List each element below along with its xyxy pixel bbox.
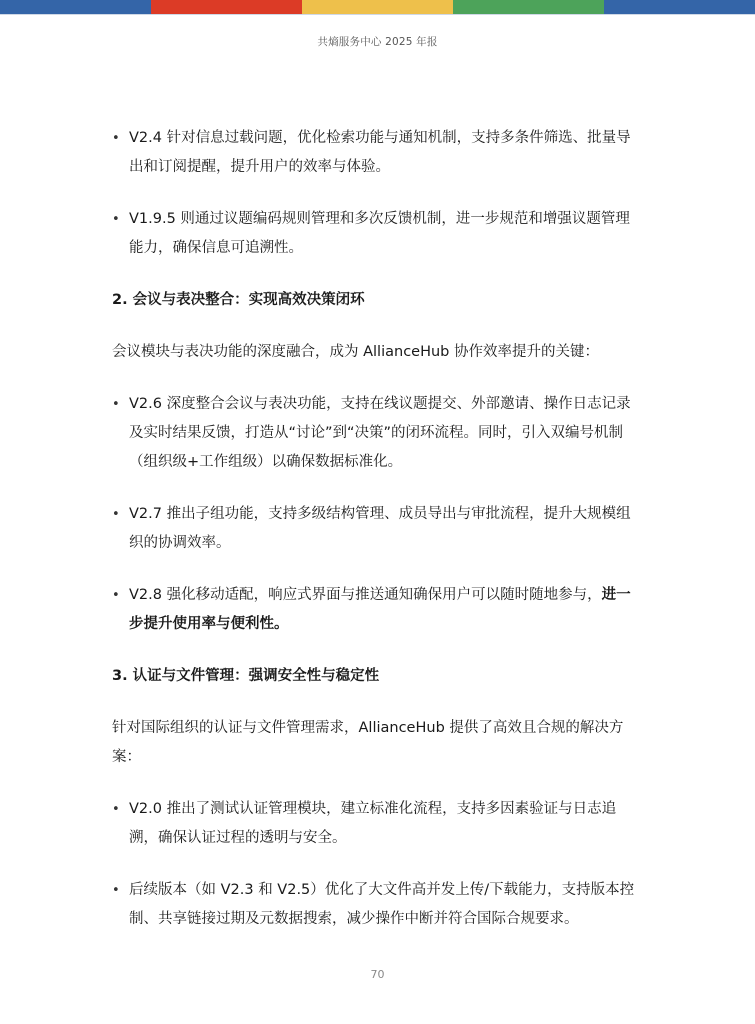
bullet-item: • V2.4 针对信息过载问题，优化检索功能与通知机制，支持多条件筛选、批量导出… (112, 124, 642, 182)
bullet-item: • V2.0 推出了测试认证管理模块，建立标准化流程，支持多因素验证与日志追溯，… (112, 795, 642, 853)
bullet-text: V2.4 针对信息过载问题，优化检索功能与通知机制，支持多条件筛选、批量导出和订… (129, 130, 631, 175)
bullet-icon: • (112, 581, 120, 610)
bullet-text: V2.7 推出子组功能，支持多级结构管理、成员导出与审批流程，提升大规模组织的协… (129, 506, 631, 551)
bullet-text: V2.8 强化移动适配，响应式界面与推送通知确保用户可以随时随地参与， (129, 587, 602, 603)
color-bar-segment-blue (0, 0, 151, 14)
color-bar (0, 0, 755, 14)
page-number: 70 (0, 968, 755, 981)
bullet-text: V1.9.5 则通过议题编码规则管理和多次反馈机制，进一步规范和增强议题管理能力… (129, 211, 630, 256)
bullet-icon: • (112, 205, 120, 234)
bullet-item: • V2.7 推出子组功能，支持多级结构管理、成员导出与审批流程，提升大规模组织… (112, 500, 642, 558)
bullet-icon: • (112, 124, 120, 153)
bullet-item: • V2.8 强化移动适配，响应式界面与推送通知确保用户可以随时随地参与，进一步… (112, 581, 642, 639)
color-bar-segment-yellow (302, 0, 453, 14)
color-bar-divider (0, 14, 755, 15)
section-intro: 针对国际组织的认证与文件管理需求，AllianceHub 提供了高效且合规的解决… (112, 714, 642, 772)
bullet-item: • 后续版本（如 V2.3 和 V2.5）优化了大文件高并发上传/下载能力，支持… (112, 876, 642, 934)
color-bar-segment-green (453, 0, 604, 14)
bullet-text: V2.0 推出了测试认证管理模块，建立标准化流程，支持多因素验证与日志追溯，确保… (129, 801, 616, 846)
bullet-icon: • (112, 795, 120, 824)
section-heading: 3. 认证与文件管理：强调安全性与稳定性 (112, 662, 642, 691)
page-content: • V2.4 针对信息过载问题，优化检索功能与通知机制，支持多条件筛选、批量导出… (112, 124, 642, 934)
bullet-icon: • (112, 876, 120, 905)
section-heading: 2. 会议与表决整合：实现高效决策闭环 (112, 286, 642, 315)
running-header: 共熵服务中心 2025 年报 (0, 34, 755, 49)
color-bar-segment-blue-2 (604, 0, 755, 14)
bullet-text: 后续版本（如 V2.3 和 V2.5）优化了大文件高并发上传/下载能力，支持版本… (129, 882, 634, 927)
bullet-icon: • (112, 500, 120, 529)
section-intro: 会议模块与表决功能的深度融合，成为 AllianceHub 协作效率提升的关键： (112, 338, 642, 367)
bullet-icon: • (112, 390, 120, 419)
color-bar-segment-red (151, 0, 302, 14)
bullet-text: V2.6 深度整合会议与表决功能，支持在线议题提交、外部邀请、操作日志记录及实时… (129, 396, 631, 470)
bullet-item: • V1.9.5 则通过议题编码规则管理和多次反馈机制，进一步规范和增强议题管理… (112, 205, 642, 263)
bullet-item: • V2.6 深度整合会议与表决功能，支持在线议题提交、外部邀请、操作日志记录及… (112, 390, 642, 477)
